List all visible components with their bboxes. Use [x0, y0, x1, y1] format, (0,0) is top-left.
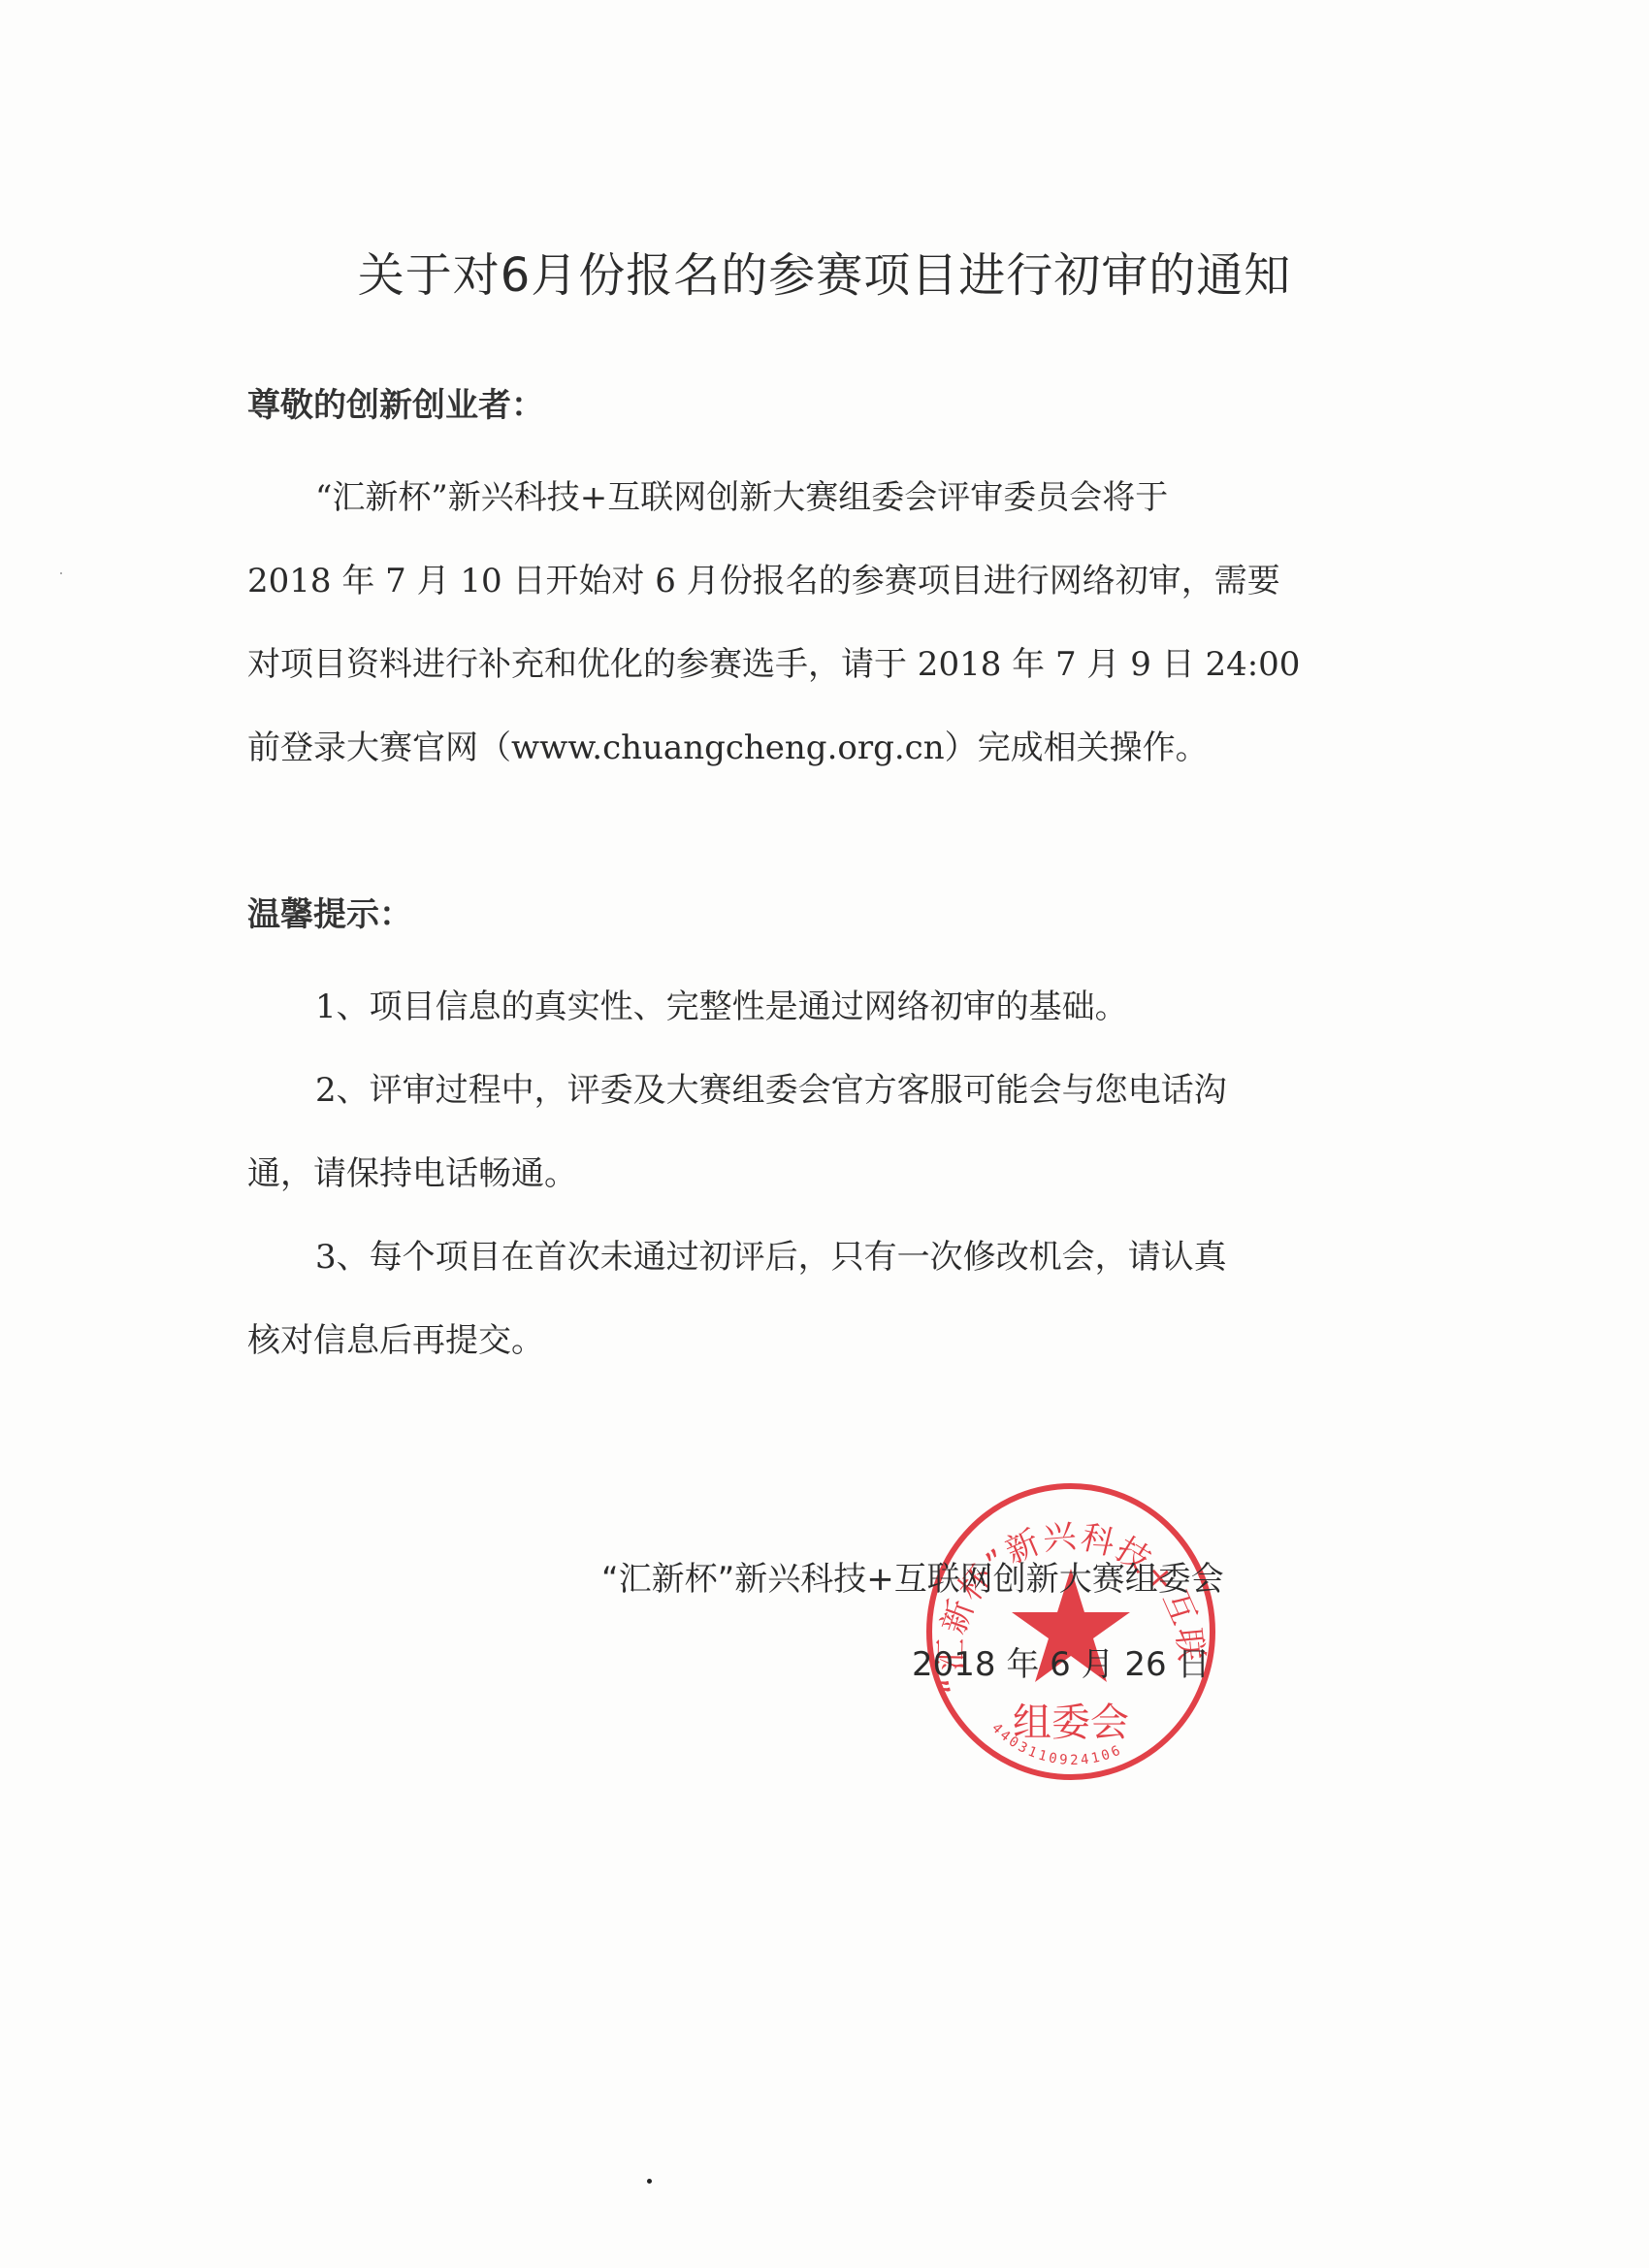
- salutation: 尊敬的创新创业者：: [247, 378, 544, 426]
- tip-line: 通，请保持电话畅通。: [247, 1132, 1373, 1215]
- tip-item-3: 3、每个项目在首次未通过初评后，只有一次修改机会，请认真 核对信息后再提交。: [247, 1215, 1373, 1382]
- tip-line: 2、评审过程中，评委及大赛组委会官方客服可能会与您电话沟: [247, 1049, 1373, 1132]
- signature-organization: “汇新杯”新兴科技+互联网创新大赛组委会: [601, 1552, 1224, 1600]
- tip-line: 3、每个项目在首次未通过初评后，只有一次修改机会，请认真: [247, 1215, 1373, 1299]
- signature-date: 2018 年 6 月 26 日: [912, 1637, 1210, 1685]
- scan-speck: [60, 572, 62, 574]
- official-seal-stamp: “汇新杯”新兴科技+互联网创新大赛 组委会 4403110924106: [923, 1481, 1219, 1782]
- main-paragraph: “汇新杯”新兴科技+互联网创新大赛组委会评审委员会将于 2018 年 7 月 1…: [247, 456, 1373, 790]
- tip-line: 1、项目信息的真实性、完整性是通过网络初审的基础。: [247, 965, 1373, 1049]
- tip-line: 核对信息后再提交。: [247, 1299, 1373, 1382]
- paragraph-line: “汇新杯”新兴科技+互联网创新大赛组委会评审委员会将于: [247, 456, 1373, 539]
- tip-item-2: 2、评审过程中，评委及大赛组委会官方客服可能会与您电话沟 通，请保持电话畅通。: [247, 1049, 1373, 1215]
- paragraph-line: 对项目资料进行补充和优化的参赛选手，请于 2018 年 7 月 9 日 24:0…: [247, 623, 1373, 706]
- seal-inner-text: 组委会: [1013, 1701, 1129, 1745]
- tip-item-1: 1、项目信息的真实性、完整性是通过网络初审的基础。: [247, 965, 1373, 1049]
- document-title: 关于对6月份报名的参赛项目进行初审的通知: [0, 238, 1649, 305]
- paragraph-line: 2018 年 7 月 10 日开始对 6 月份报名的参赛项目进行网络初审，需要: [247, 539, 1373, 623]
- paragraph-line: 前登录大赛官网（www.chuangcheng.org.cn）完成相关操作。: [247, 706, 1373, 790]
- scan-speck: [647, 2179, 652, 2184]
- tips-heading: 温馨提示：: [247, 888, 412, 935]
- document-page: 关于对6月份报名的参赛项目进行初审的通知 尊敬的创新创业者： “汇新杯”新兴科技…: [0, 0, 1649, 2268]
